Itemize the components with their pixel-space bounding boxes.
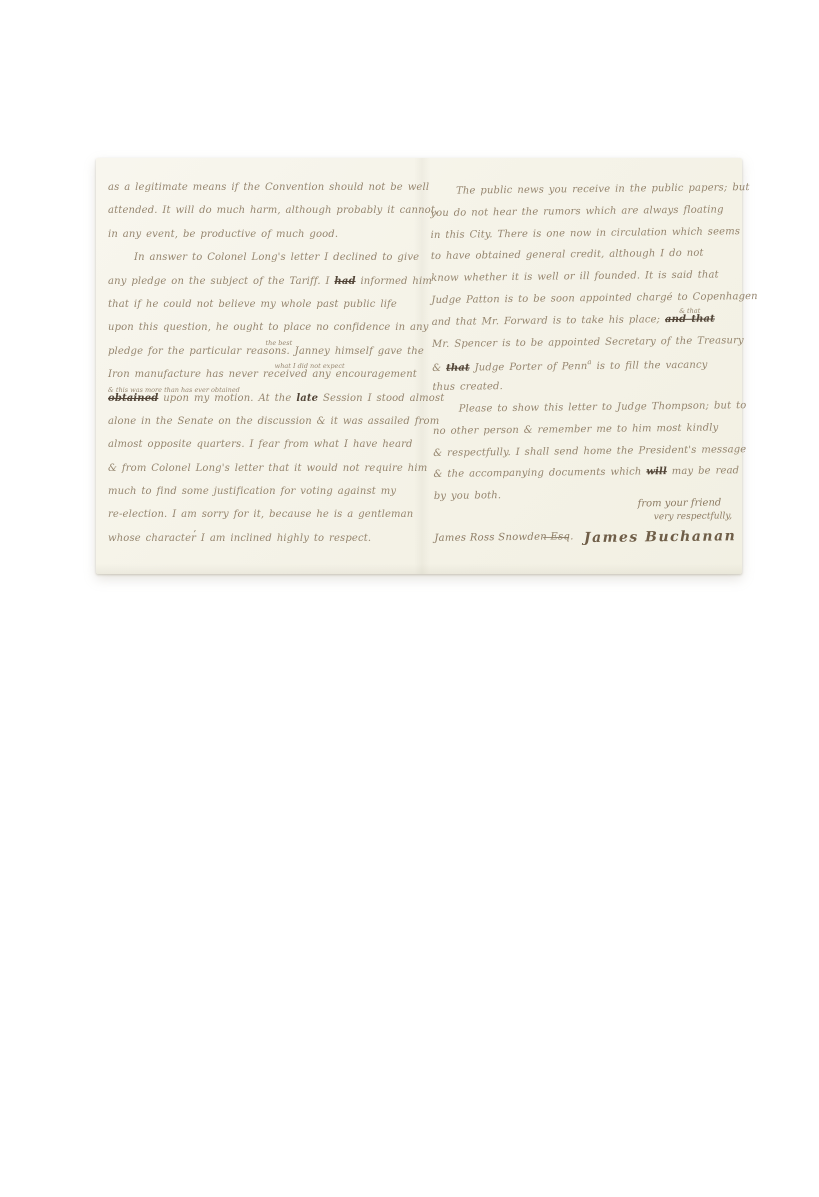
manuscript-text: & the accompanying documents which [433,467,646,481]
manuscript-text: and that Mr. Forward is to take his plac… [432,314,665,328]
manuscript-text: by you both. [434,490,502,502]
manuscript-text: that if he could not believe my whole pa… [108,299,397,310]
manuscript-line: as a legitimate means if the Convention … [108,182,411,205]
manuscript-line: In answer to Colonel Long's letter I dec… [108,252,411,275]
letter-sheet: as a legitimate means if the Convention … [96,158,742,574]
manuscript-text: a [587,358,591,366]
manuscript-line: re-election. I am sorry for it, because … [108,509,411,532]
manuscript-line: alone in the Senate on the discussion & … [108,416,411,439]
manuscript-text: may be read [667,466,739,478]
manuscript-text: any pledge on the subject of the Tariff.… [108,276,334,287]
manuscript-line: that if he could not believe my whole pa… [108,299,411,322]
manuscript-text: Iron manufacture has never received any … [108,369,417,380]
manuscript-text: upon my motion. At the [158,393,296,404]
manuscript-text: Judge Porter of Penn [470,361,588,373]
manuscript-line: attended. It will do much harm, although… [108,205,411,228]
manuscript-text: know whether it is well or ill founded. … [431,270,719,285]
manuscript-text: alone in the Senate on the discussion & … [108,416,439,427]
manuscript-text: in any event, be productive of much good… [108,229,338,240]
manuscript-line: & from Colonel Long's letter that it wou… [108,463,411,486]
manuscript-text: pledge for the particular reasons. Janne… [108,346,424,357]
manuscript-line: much to find some justification for voti… [108,486,411,509]
addressee-line: James Ross Snowden Esq. [434,531,574,544]
letter-photograph: as a legitimate means if the Convention … [0,0,819,1197]
manuscript-text: almost opposite quarters. I fear from wh… [108,439,413,450]
manuscript-text: attended. It will do much harm, although… [108,205,438,216]
stray-ink-mark: ʼ [193,530,196,540]
manuscript-text: The public news you receive in the publi… [456,182,750,197]
manuscript-text: In answer to Colonel Long's letter I dec… [134,252,419,263]
signature: James Buchanan [584,528,737,546]
center-fold-crease [414,158,430,574]
manuscript-text: late [296,393,318,404]
manuscript-text: thus created. [432,381,503,393]
manuscript-text: obtained [108,393,158,404]
letter-left-page: as a legitimate means if the Convention … [108,182,411,556]
manuscript-text: and that [665,313,715,325]
manuscript-text: informed him [356,276,432,287]
manuscript-text: will [646,466,667,477]
manuscript-text: had [334,276,355,287]
letter-right-page: from your friend very respectfully, —Jam… [430,182,736,513]
manuscript-text: Session I stood almost [318,393,444,404]
manuscript-line: almost opposite quarters. I fear from wh… [108,439,411,462]
manuscript-text: & [432,363,446,374]
manuscript-text: whose character I am inclined highly to … [108,533,371,544]
manuscript-text: Please to show this letter to Judge Thom… [459,400,747,415]
manuscript-line: any pledge on the subject of the Tariff.… [108,276,411,299]
manuscript-text: that [446,362,470,373]
signature-row: —James Buchanan [559,525,737,546]
manuscript-line: upon this question, he ought to place no… [108,322,411,345]
manuscript-text: much to find some justification for voti… [108,486,396,497]
manuscript-line: by you both. [434,487,736,512]
manuscript-text: upon this question, he ought to place no… [108,322,429,333]
manuscript-text: no other person & remember me to him mos… [433,422,719,436]
manuscript-line: whose character I am inclined highly to … [108,533,411,556]
manuscript-line: & this was more than has ever obtainedob… [108,393,411,416]
manuscript-text: in this City. There is one now in circul… [431,226,741,241]
closing-line: very respectfully, [654,511,732,522]
manuscript-text: is to fill the vacancy [592,359,708,371]
paper-edge-shadow [96,564,742,574]
manuscript-text: & from Colonel Long's letter that it wou… [108,463,427,474]
manuscript-text: you do not hear the rumors which are alw… [430,204,723,219]
manuscript-text: to have obtained general credit, althoug… [431,248,704,262]
manuscript-text: re-election. I am sorry for it, because … [108,509,413,520]
manuscript-line: in any event, be productive of much good… [108,229,411,252]
manuscript-text: as a legitimate means if the Convention … [108,182,429,193]
manuscript-line: the bestpledge for the particular reason… [108,346,411,369]
